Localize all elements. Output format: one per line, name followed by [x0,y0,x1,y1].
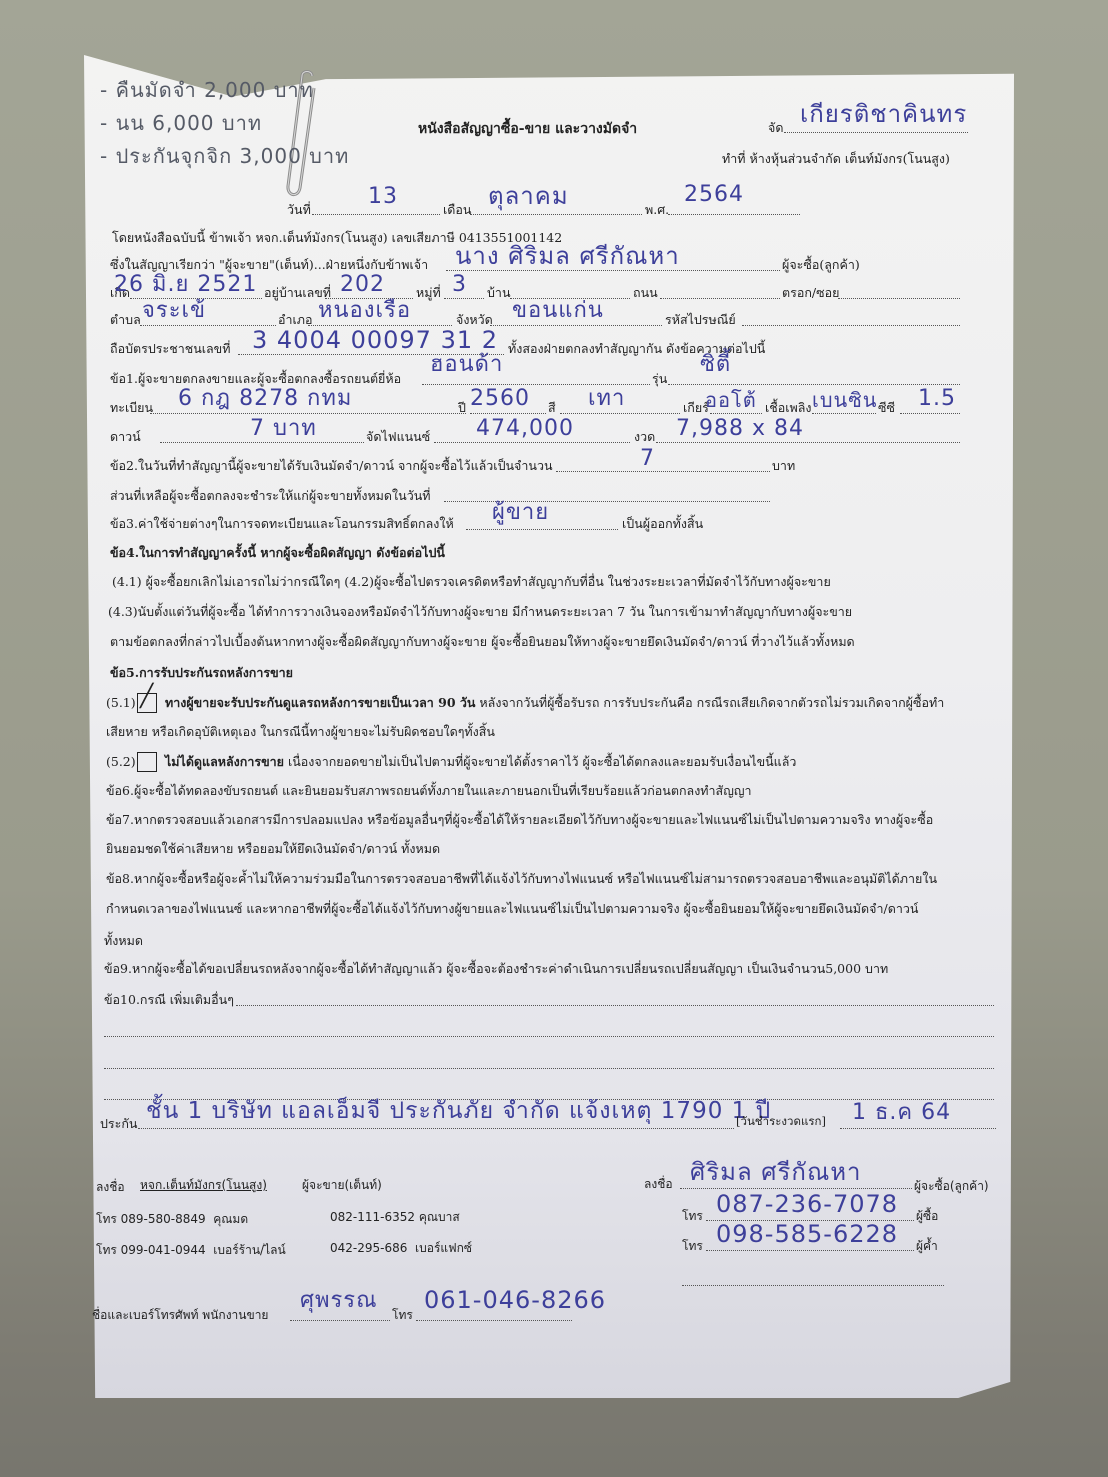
car-color: เทา [588,388,625,410]
day-label: วันที่ [287,204,311,217]
handwritten-note-3: - ประกันจุกจิก 3,000 บาท [100,146,349,166]
year-label: พ.ศ. [645,204,669,217]
checkmark-icon: ╱ [140,684,153,709]
staff-label: ชื่อและเบอร์โทรศัพท์ พนักงานขาย [92,1309,268,1321]
clause1-text: ข้อ1.ผู้จะขายตกลงขายและผู้จะซื้อตกลงซื้อ… [110,373,401,386]
car-model: ซิตี้ [700,354,731,376]
postcode-label: รหัสไปรษณีย์ [665,314,736,327]
car-gear: ออโต้ [705,390,757,410]
down-value: 7 บาท [250,418,317,440]
deposit-amount: 7 [640,448,655,470]
plate-label: ทะเบียน [110,402,153,415]
handwritten-note-2: - นน 6,000 บาท [100,113,262,133]
finance-value: 474,000 [476,418,574,440]
car-fuel: เบนซิน [812,390,877,410]
insurance-value: ชั้น 1 บริษัท แอลเอ็มจี ประกันภัย จำกัด … [146,1100,771,1123]
no-warranty-checkbox[interactable] [137,752,157,772]
first-payment-value: 1 ธ.ค 64 [852,1102,951,1124]
buyer-phone-label: โทร [682,1210,703,1222]
buyer-role: ผู้จะซื้อ(ลูกค้า) [914,1180,989,1192]
handwritten-note-1: - คืนมัดจำ 2,000 บาท [100,80,314,100]
document-title: หนังสือสัญญาซื้อ-ขาย และวางมัดจำ [418,122,637,136]
subdistrict-value: จระเข้ [142,300,206,322]
seller-phone-3: โทร 099-041-0944 เบอร์ร้าน/ไลน์ [96,1244,286,1256]
seller-line: ซึ่งในสัญญาเรียกว่า "ผู้จะขาย"(เต็นท์)..… [110,259,428,272]
clause9: ข้อ9.หากผู้จะซื้อได้ขอเปลี่ยนรถหลังจากผู… [104,963,888,976]
clause8b: กำหนดเวลาของไฟแนนซ์ และหากอาชีพที่ผู้จะซ… [106,903,918,916]
buyer-signature: ศิริมล ศรีกัณหา [690,1160,862,1184]
province-value: ขอนแก่น [512,300,604,322]
car-cc: 1.5 [918,388,956,410]
color-label: สี [548,402,556,415]
buyer-name: นาง ศิริมล ศรีกัณหา [455,244,680,268]
seller-phone-1: โทร 089-580-8849 คุณมด [96,1213,248,1225]
clause2-text: ข้อ2.ในวันที่ทำสัญญานี้ผู้จะขายได้รับเงิ… [110,460,553,473]
down-label: ดาวน์ [110,431,141,444]
seller-name: หจก.เต็นท์มังกร(โนนสูง) [140,1179,267,1191]
guarantor-phone-label: โทร [682,1240,703,1252]
car-brand: ฮอนด้า [430,354,503,376]
clause5-2-prefix: (5.2) [106,756,136,769]
buyer-phone: 087-236-7078 [716,1192,898,1216]
district-value: หนองเรือ [318,300,411,322]
clause4-3b: ตามข้อตกลงที่กล่าวไปเบื้องต้นหากทางผู้จะ… [110,636,855,649]
jad-value: เกียรติชาคินทร [800,102,967,126]
id-label: ถือบัตรประชาชนเลขที่ [110,343,230,356]
model-label: รุ่น [652,373,667,386]
jad-label: จัด [768,122,783,135]
first-payment-label: [วันชำระงวดแรก] [736,1116,826,1128]
staff-phone-label: โทร [392,1309,413,1321]
month-label: เดือน [443,204,471,217]
clause3b-text: เป็นผู้ออกทั้งสิ้น [622,518,703,531]
seller-role: ผู้จะขาย(เต็นท์) [302,1179,382,1191]
road-label: ถนน [633,287,658,300]
id-value: 3 4004 00097 31 2 [252,328,498,352]
day-value: 13 [368,186,398,208]
clause5-1b: เสียหาย หรือเกิดอุบัติเหตุเอง ในกรณีนี้ท… [106,726,495,739]
finance-label: จัดไฟแนนซ์ [366,431,430,444]
staff-phone: 061-046-8266 [424,1288,606,1312]
fee-payer: ผู้ขาย [492,502,549,524]
cc-label: ซีซี [878,402,895,415]
insurance-label: ประกัน [100,1118,137,1131]
clause7a: ข้อ7.หากตรวจสอบแล้วเอกสารมีการปลอมแปลง ห… [106,814,933,827]
house-no-value: 202 [340,274,385,296]
clause4-1: (4.1) ผู้จะซื้อยกเลิกไม่เอารถไม่ว่ากรณีใ… [112,576,831,589]
car-plate: 6 กฎ 8278 กทม [178,388,352,410]
clause5-1-text: ทางผู้ขายจะรับประกันดูแลรถหลังการขายเป็น… [165,697,944,710]
clause5-2-text: ไม่ได้ดูแลหลังการขาย เนื่องจากยอดขายไม่เ… [165,756,796,769]
seller-sign-label: ลงชื่อ [96,1181,125,1193]
guarantor-phone: 098-585-6228 [716,1222,898,1246]
buyer-label: ผู้จะซื้อ(ลูกค้า) [782,259,860,272]
buyer-phone-role: ผู้ซื้อ [916,1210,938,1222]
made-at: ทำที่ ห้างหุ้นส่วนจำกัด เต็นท์มังกร(โนนส… [722,153,950,166]
subdistrict-label: ตำบล [110,314,141,327]
fuel-label: เชื้อเพลิง [765,402,812,415]
guarantor-phone-role: ผู้ค้ำ [916,1240,938,1252]
clause5-heading: ข้อ5.การรับประกันรถหลังการขาย [110,667,293,680]
province-label: จังหวัด [456,314,493,327]
clause4-heading: ข้อ4.ในการทำสัญญาครั้งนี้ หากผู้จะซื้อผิ… [110,547,445,560]
installment-value: 7,988 x 84 [676,418,804,440]
month-value: ตุลาคม [488,184,569,208]
clause3-text: ข้อ3.ค่าใช้จ่ายต่างๆในการจดทะเบียนและโอน… [110,518,454,531]
installment-label: งวด [634,431,655,444]
clause7b: ยินยอมชดใช้ค่าเสียหาย หรือยอมให้ยึดเงินม… [106,843,440,856]
clause4-3: (4.3)นับตั้งแต่วันที่ผู้จะซื้อ ได้ทำการว… [108,606,852,619]
moo-value: 3 [452,274,467,296]
seller-phone-2: 082-111-6352 คุณบาส [330,1211,460,1223]
buyer-sign-label: ลงชื่อ [644,1178,673,1190]
year-label: ปี [458,402,466,415]
soi-label: ตรอก/ซอย [782,287,839,300]
clause6: ข้อ6.ผู้จะซื้อได้ทดลองขับรถยนต์ และยินยอ… [106,785,752,798]
moo-label: หมู่ที่ [416,287,441,300]
year-value: 2564 [684,184,744,206]
clause5-1-prefix: (5.1) [106,697,136,710]
clause8c: ทั้งหมด [104,935,143,948]
village-label: บ้าน [487,287,511,300]
born-value: 26 มิ.ย 2521 [114,274,257,296]
car-year: 2560 [470,388,530,410]
staff-name: ศุพรรณ [300,1290,378,1312]
deposit-unit: บาท [772,460,795,473]
clause10: ข้อ10.กรณี เพิ่มเติมอื่นๆ [104,994,234,1007]
seller-phone-4: 042-295-686 เบอร์แฟกซ์ [330,1242,472,1254]
clause2b-text: ส่วนที่เหลือผู้จะซื้อตกลงจะชำระให้แก่ผู้… [110,490,431,503]
clause8a: ข้อ8.หากผู้จะซื้อหรือผู้จะค้ำไม่ให้ความร… [106,873,937,886]
